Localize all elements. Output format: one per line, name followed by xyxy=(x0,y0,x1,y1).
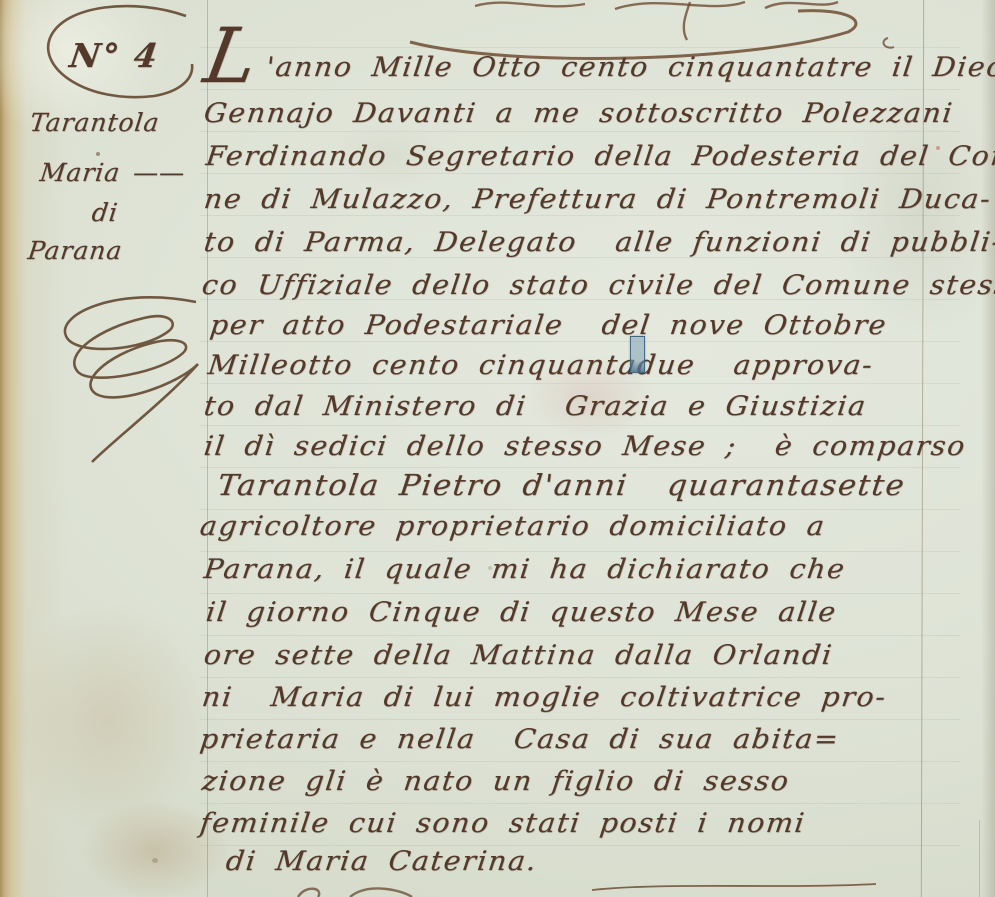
entry-number: N° 4 xyxy=(67,36,162,75)
paper-crease xyxy=(979,820,980,897)
manuscript-line: agricoltore proprietario domiciliato a xyxy=(198,511,827,542)
text-caret-highlight-marker xyxy=(630,336,645,373)
margin-name-line: Tarantola xyxy=(28,108,161,137)
manuscript-line: ore sette della Mattina dalla Orlandi xyxy=(202,640,835,671)
ink-speck xyxy=(152,858,158,863)
margin-name-line: Maria —— xyxy=(38,158,187,187)
manuscript-line: ne di Mulazzo, Prefettura di Pontremoli … xyxy=(202,184,993,215)
manuscript-line: to dal Ministero di Grazia e Giustizia xyxy=(202,391,868,422)
manuscript-line: Ferdinando Segretario della Podesteria d… xyxy=(204,141,995,172)
manuscript-line: feminile cui sono stati posti i nomi xyxy=(198,808,807,839)
manuscript-line: Gennajo Davanti a me sottoscritto Polezz… xyxy=(202,98,955,129)
manuscript-line: Parana, il quale mi ha dichiarato che xyxy=(202,554,847,585)
next-line-fragment xyxy=(280,880,460,897)
manuscript-line: il dì sedici dello stesso Mese ; è compa… xyxy=(202,431,968,462)
drop-cap-initial: L xyxy=(201,26,262,86)
manuscript-line: prietaria e nella Casa di sua abita= xyxy=(198,724,841,755)
margin-scroll-flourish xyxy=(48,280,213,475)
manuscript-line: il giorno Cinque di questo Mese alle xyxy=(204,597,839,628)
manuscript-line: ni Maria di lui moglie coltivatrice pro- xyxy=(200,682,888,713)
manuscript-line: zione gli è nato un figlio di sesso xyxy=(200,766,791,797)
margin-name-line: Parana xyxy=(26,236,124,265)
manuscript-line: di Maria Caterina. xyxy=(224,846,539,877)
paper-right-edge xyxy=(981,0,995,897)
manuscript-line: Milleotto cento cinquantadue approva- xyxy=(206,350,875,381)
manuscript-line: Tarantola Pietro d'anni quarantasette xyxy=(216,468,908,502)
manuscript-line: 'anno Mille Otto cento cinquantatre il D… xyxy=(264,52,995,83)
closing-rule-stroke xyxy=(590,878,880,896)
manuscript-line: co Uffiziale dello stato civile del Comu… xyxy=(200,270,995,301)
manuscript-page: N° 4 Tarantola Maria —— di Parana L 'ann… xyxy=(0,0,995,897)
manuscript-line: per atto Podestariale del nove Ottobre xyxy=(208,310,889,341)
manuscript-line: to di Parma, Delegato alle funzioni di p… xyxy=(202,227,995,258)
margin-name-line: di xyxy=(90,198,120,227)
ink-speck xyxy=(96,152,100,156)
